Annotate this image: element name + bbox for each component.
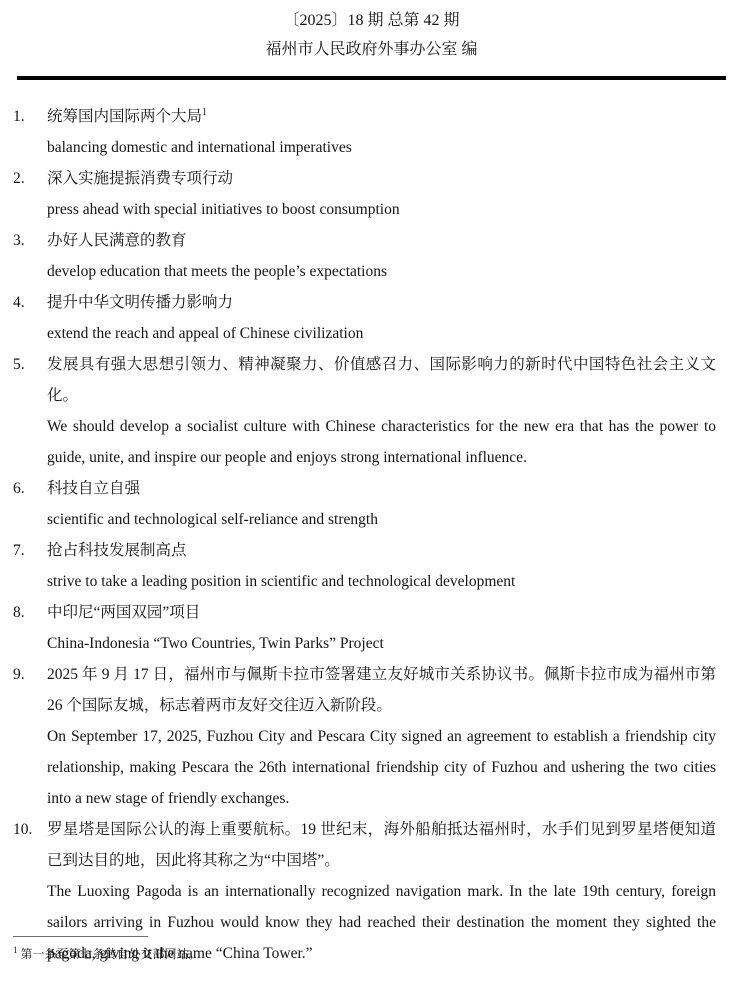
item-number: 1.: [13, 101, 47, 132]
footnote-marker: 1: [13, 945, 18, 955]
issue-line: 〔2025〕18 期 总第 42 期: [0, 6, 743, 35]
item-english-text: scientific and technological self-relian…: [47, 504, 716, 535]
item-body: 深入实施提振消费专项行动 press ahead with special in…: [47, 163, 716, 225]
item-chinese-phrase: 深入实施提振消费专项行动: [47, 170, 233, 187]
item-body: 抢占科技发展制高点 strive to take a leading posit…: [47, 535, 716, 597]
item-english-text: On September 17, 2025, Fuzhou City and P…: [47, 721, 716, 814]
item-chinese-phrase: 提升中华文明传播力影响力: [47, 294, 233, 311]
document-footer: 1 第一条至第七条转自外交部网站。: [13, 936, 513, 963]
publisher-line: 福州市人民政府外事办公室 编: [0, 35, 743, 64]
item-chinese-phrase: 科技自立自强: [47, 480, 140, 497]
item-english-text: press ahead with special initiatives to …: [47, 194, 716, 225]
item-number: 10.: [13, 814, 47, 845]
glossary-item: 8. 中印尼“两国双园”项目 China-Indonesia “Two Coun…: [13, 597, 716, 659]
item-body: 统筹国内国际两个大局1 balancing domestic and inter…: [47, 101, 716, 163]
item-body: 提升中华文明传播力影响力 extend the reach and appeal…: [47, 287, 716, 349]
item-number: 3.: [13, 225, 47, 256]
item-body: 科技自立自强 scientific and technological self…: [47, 473, 716, 535]
glossary-item: 1. 统筹国内国际两个大局1 balancing domestic and in…: [13, 101, 716, 163]
item-chinese-phrase: 罗星塔是国际公认的海上重要航标。19 世纪末，海外船舶抵达福州时，水手们见到罗星…: [47, 821, 716, 869]
item-chinese-phrase: 抢占科技发展制高点: [47, 542, 187, 559]
item-body: 发展具有强大思想引领力、精神凝聚力、价值感召力、国际影响力的新时代中国特色社会主…: [47, 349, 716, 473]
item-chinese-text: 2025 年 9 月 17 日，福州市与佩斯卡拉市签署建立友好城市关系协议书。佩…: [47, 659, 716, 721]
item-english-text: extend the reach and appeal of Chinese c…: [47, 318, 716, 349]
glossary-item: 6. 科技自立自强 scientific and technological s…: [13, 473, 716, 535]
item-chinese-phrase: 办好人民满意的教育: [47, 232, 187, 249]
item-body: 中印尼“两国双园”项目 China-Indonesia “Two Countri…: [47, 597, 716, 659]
item-english-text: strive to take a leading position in sci…: [47, 566, 716, 597]
footnote-reference: 1: [202, 106, 207, 117]
footnote: 1 第一条至第七条转自外交部网站。: [13, 942, 513, 963]
glossary-item: 3. 办好人民满意的教育 develop education that meet…: [13, 225, 716, 287]
item-chinese-text: 提升中华文明传播力影响力: [47, 287, 716, 318]
item-english-text: We should develop a socialist culture wi…: [47, 411, 716, 473]
item-number: 5.: [13, 349, 47, 380]
footnote-rule: [13, 936, 148, 937]
item-chinese-text: 深入实施提振消费专项行动: [47, 163, 716, 194]
glossary-item: 2. 深入实施提振消费专项行动 press ahead with special…: [13, 163, 716, 225]
item-chinese-text: 中印尼“两国双园”项目: [47, 597, 716, 628]
item-chinese-text: 抢占科技发展制高点: [47, 535, 716, 566]
glossary-item: 9. 2025 年 9 月 17 日，福州市与佩斯卡拉市签署建立友好城市关系协议…: [13, 659, 716, 814]
glossary-list: 1. 统筹国内国际两个大局1 balancing domestic and in…: [0, 80, 743, 969]
item-chinese-phrase: 中印尼“两国双园”项目: [47, 604, 200, 621]
item-number: 4.: [13, 287, 47, 318]
document-page: 〔2025〕18 期 总第 42 期 福州市人民政府外事办公室 编 1. 统筹国…: [0, 0, 743, 986]
item-chinese-text: 科技自立自强: [47, 473, 716, 504]
item-body: 办好人民满意的教育 develop education that meets t…: [47, 225, 716, 287]
item-chinese-phrase: 统筹国内国际两个大局: [47, 108, 202, 125]
footnote-text: 第一条至第七条转自外交部网站。: [21, 947, 201, 961]
item-number: 2.: [13, 163, 47, 194]
glossary-item: 5. 发展具有强大思想引领力、精神凝聚力、价值感召力、国际影响力的新时代中国特色…: [13, 349, 716, 473]
item-chinese-phrase: 2025 年 9 月 17 日，福州市与佩斯卡拉市签署建立友好城市关系协议书。佩…: [47, 666, 716, 714]
item-body: 2025 年 9 月 17 日，福州市与佩斯卡拉市签署建立友好城市关系协议书。佩…: [47, 659, 716, 814]
item-chinese-text: 罗星塔是国际公认的海上重要航标。19 世纪末，海外船舶抵达福州时，水手们见到罗星…: [47, 814, 716, 876]
item-chinese-text: 统筹国内国际两个大局1: [47, 101, 716, 132]
item-number: 6.: [13, 473, 47, 504]
item-english-text: China-Indonesia “Two Countries, Twin Par…: [47, 628, 716, 659]
item-chinese-text: 办好人民满意的教育: [47, 225, 716, 256]
glossary-item: 7. 抢占科技发展制高点 strive to take a leading po…: [13, 535, 716, 597]
item-chinese-phrase: 发展具有强大思想引领力、精神凝聚力、价值感召力、国际影响力的新时代中国特色社会主…: [47, 356, 716, 404]
item-english-text: balancing domestic and international imp…: [47, 132, 716, 163]
document-header: 〔2025〕18 期 总第 42 期 福州市人民政府外事办公室 编: [0, 0, 743, 64]
item-number: 9.: [13, 659, 47, 690]
item-english-text: develop education that meets the people’…: [47, 256, 716, 287]
item-chinese-text: 发展具有强大思想引领力、精神凝聚力、价值感召力、国际影响力的新时代中国特色社会主…: [47, 349, 716, 411]
item-number: 8.: [13, 597, 47, 628]
item-number: 7.: [13, 535, 47, 566]
glossary-item: 4. 提升中华文明传播力影响力 extend the reach and app…: [13, 287, 716, 349]
